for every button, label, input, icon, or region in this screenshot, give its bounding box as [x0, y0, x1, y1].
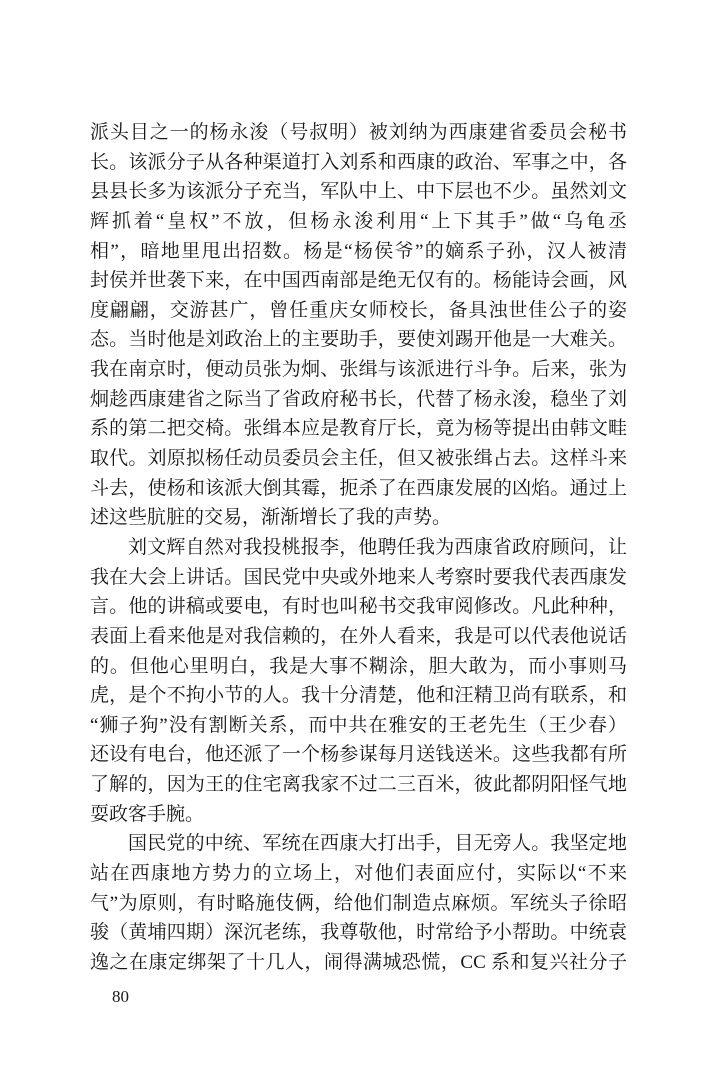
text-block: 派头目之一的杨永浚（号叔明）被刘纳为西康建省委员会秘书长。该派分子从各种渠道打入…: [90, 118, 627, 978]
text-line: 了解的，因为王的住宅离我家不过二三百米，彼此都阴阳怪气地: [90, 770, 627, 800]
text-line: 站在西康地方势力的立场上，对他们表面应付，实际以“不来: [90, 859, 627, 889]
text-line: 刘文辉自然对我投桃报李，他聘任我为西康省政府顾问，让: [90, 533, 627, 563]
page-number: 80: [112, 986, 129, 1008]
text-line: 骏（黄埔四期）深沉老练，我尊敬他，时常给予小帮助。中统袁: [90, 918, 627, 948]
text-line: 长。该派分子从各种渠道打入刘系和西康的政治、军事之中，各: [90, 148, 627, 178]
text-line: 述这些肮脏的交易，渐渐增长了我的声势。: [90, 503, 627, 533]
text-line: 辉抓着“皇权”不放，但杨永浚利用“上下其手”做“乌龟丞: [90, 207, 627, 237]
text-line: 县县长多为该派分子充当，军队中上、中下层也不少。虽然刘文: [90, 177, 627, 207]
text-line: 逸之在康定绑架了十几人，闹得满城恐慌，CC 系和复兴社分子: [90, 948, 627, 978]
book-page: 派头目之一的杨永浚（号叔明）被刘纳为西康建省委员会秘书长。该派分子从各种渠道打入…: [0, 0, 710, 1068]
text-line: 派头目之一的杨永浚（号叔明）被刘纳为西康建省委员会秘书: [90, 118, 627, 148]
text-line: 取代。刘原拟杨任动员委员会主任，但又被张缉占去。这样斗来: [90, 444, 627, 474]
text-line: 系的第二把交椅。张缉本应是教育厅长，竟为杨等提出由韩文畦: [90, 414, 627, 444]
text-line: 封侯并世袭下来，在中国西南部是绝无仅有的。杨能诗会画，风: [90, 266, 627, 296]
text-line: 态。当时他是刘政治上的主要助手，要使刘踢开他是一大难关。: [90, 325, 627, 355]
text-line: 的。但他心里明白，我是大事不糊涂，胆大敢为，而小事则马: [90, 652, 627, 682]
text-line: 言。他的讲稿或要电，有时也叫秘书交我审阅修改。凡此种种，: [90, 592, 627, 622]
text-line: 相”，暗地里甩出招数。杨是“杨侯爷”的嫡系子孙，汉人被清: [90, 237, 627, 267]
text-line: 我在南京时，便动员张为炯、张缉与该派进行斗争。后来，张为: [90, 355, 627, 385]
text-line: 斗去，使杨和该派大倒其霉，扼杀了在西康发展的凶焰。通过上: [90, 474, 627, 504]
text-line: 炯趁西康建省之际当了省政府秘书长，代替了杨永浚，稳坐了刘: [90, 385, 627, 415]
text-line: 我在大会上讲话。国民党中央或外地来人考察时要我代表西康发: [90, 563, 627, 593]
text-line: 国民党的中统、军统在西康大打出手，目无旁人。我坚定地: [90, 829, 627, 859]
text-line: 虎，是个不拘小节的人。我十分清楚，他和汪精卫尚有联系，和: [90, 681, 627, 711]
text-line: 气”为原则，有时略施伎俩，给他们制造点麻烦。军统头子徐昭: [90, 889, 627, 919]
text-line: 度翩翩，交游甚广，曾任重庆女师校长，备具浊世佳公子的姿: [90, 296, 627, 326]
text-line: 耍政客手腕。: [90, 800, 627, 830]
text-line: “狮子狗”没有割断关系，而中共在雅安的王老先生（王少春）: [90, 711, 627, 741]
text-line: 还设有电台，他还派了一个杨参谋每月送钱送米。这些我都有所: [90, 740, 627, 770]
text-line: 表面上看来他是对我信赖的，在外人看来，我是可以代表他说话: [90, 622, 627, 652]
